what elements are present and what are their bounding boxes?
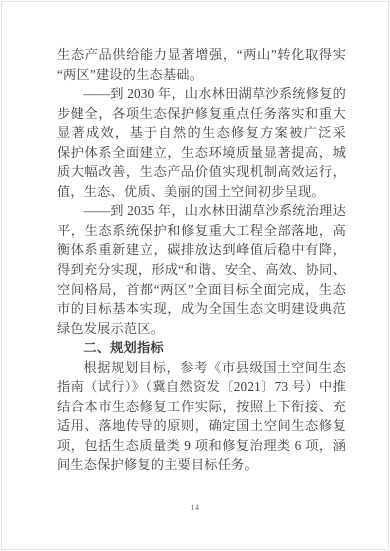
text-line: 空间格局，首都“两区”全面目标全面完成，生态兴市、生态强 (57, 280, 346, 300)
text-line: 间生态保护修复的主要目标任务。 (57, 455, 346, 475)
text-line: 质大幅改善，生态产品价值实现机制高效运行，碳排放达到峰 (57, 162, 346, 182)
text-line: 结合本市生态修复工作实际，按照上下衔接、充分结合、简明 (57, 397, 346, 417)
text-line: 步健全，各项生态保护修复重点任务落实和重大工程建设取得 (57, 104, 346, 124)
text-line: 适用、落地传导的原则，确定国土空间生态修复规划指标共 15 (57, 416, 346, 436)
text-line: “两区”建设的生态基础。 (57, 65, 346, 85)
text-line: 绿色发展示范区。 (57, 319, 346, 339)
text-line: 项，包括生态质量类 9 项和修复治理类 6 项，涵盖本市国土空 (57, 436, 346, 456)
text-line: 市的目标基本实现，成为全国生态文明建设典范城市和京津冀 (57, 299, 346, 319)
document-body: 生态产品供给能力显著增强，“两山”转化取得实效，夯实首都 “两区”建设的生态基础… (57, 45, 346, 475)
section-heading: 二、规划指标 (57, 338, 346, 358)
text-line: 指南（试行）》（冀自然资发〔2021〕73 号）中推荐的指标， (57, 377, 346, 397)
page-number: 14 (0, 503, 390, 512)
text-line: 保护体系全面建立，生态环境质量显著提高，城乡人居环境品 (57, 143, 346, 163)
text-line: 根据规划目标，参考《市县级国土空间生态修复规划编制 (57, 358, 346, 378)
text-line: 平，生态系统保护和修复重大工程全部落地，高质量的生态平 (57, 221, 346, 241)
document-page: 生态产品供给能力显著增强，“两山”转化取得实效，夯实首都 “两区”建设的生态基础… (0, 0, 390, 551)
text-line: 衡体系重新建立，碳排放达到峰值后稳中有降，生态产品价值 (57, 240, 346, 260)
text-line: 得到充分实现，形成“和谐、安全、高效、协同、美丽”的国土 (57, 260, 346, 280)
text-line: 显著成效，基于自然的生态修复方案被广泛采用，生物多样性 (57, 123, 346, 143)
text-line: ——到 2030 年，山水林田湖草沙系统修复的体制机制进一 (57, 84, 346, 104)
text-line: 生态产品供给能力显著增强，“两山”转化取得实效，夯实首都 (57, 45, 346, 65)
text-line: ——到 2035 年，山水林田湖草沙系统治理达到现代化水 (57, 201, 346, 221)
text-line: 值，生态、优质、美丽的国土空间初步呈现。 (57, 182, 346, 202)
